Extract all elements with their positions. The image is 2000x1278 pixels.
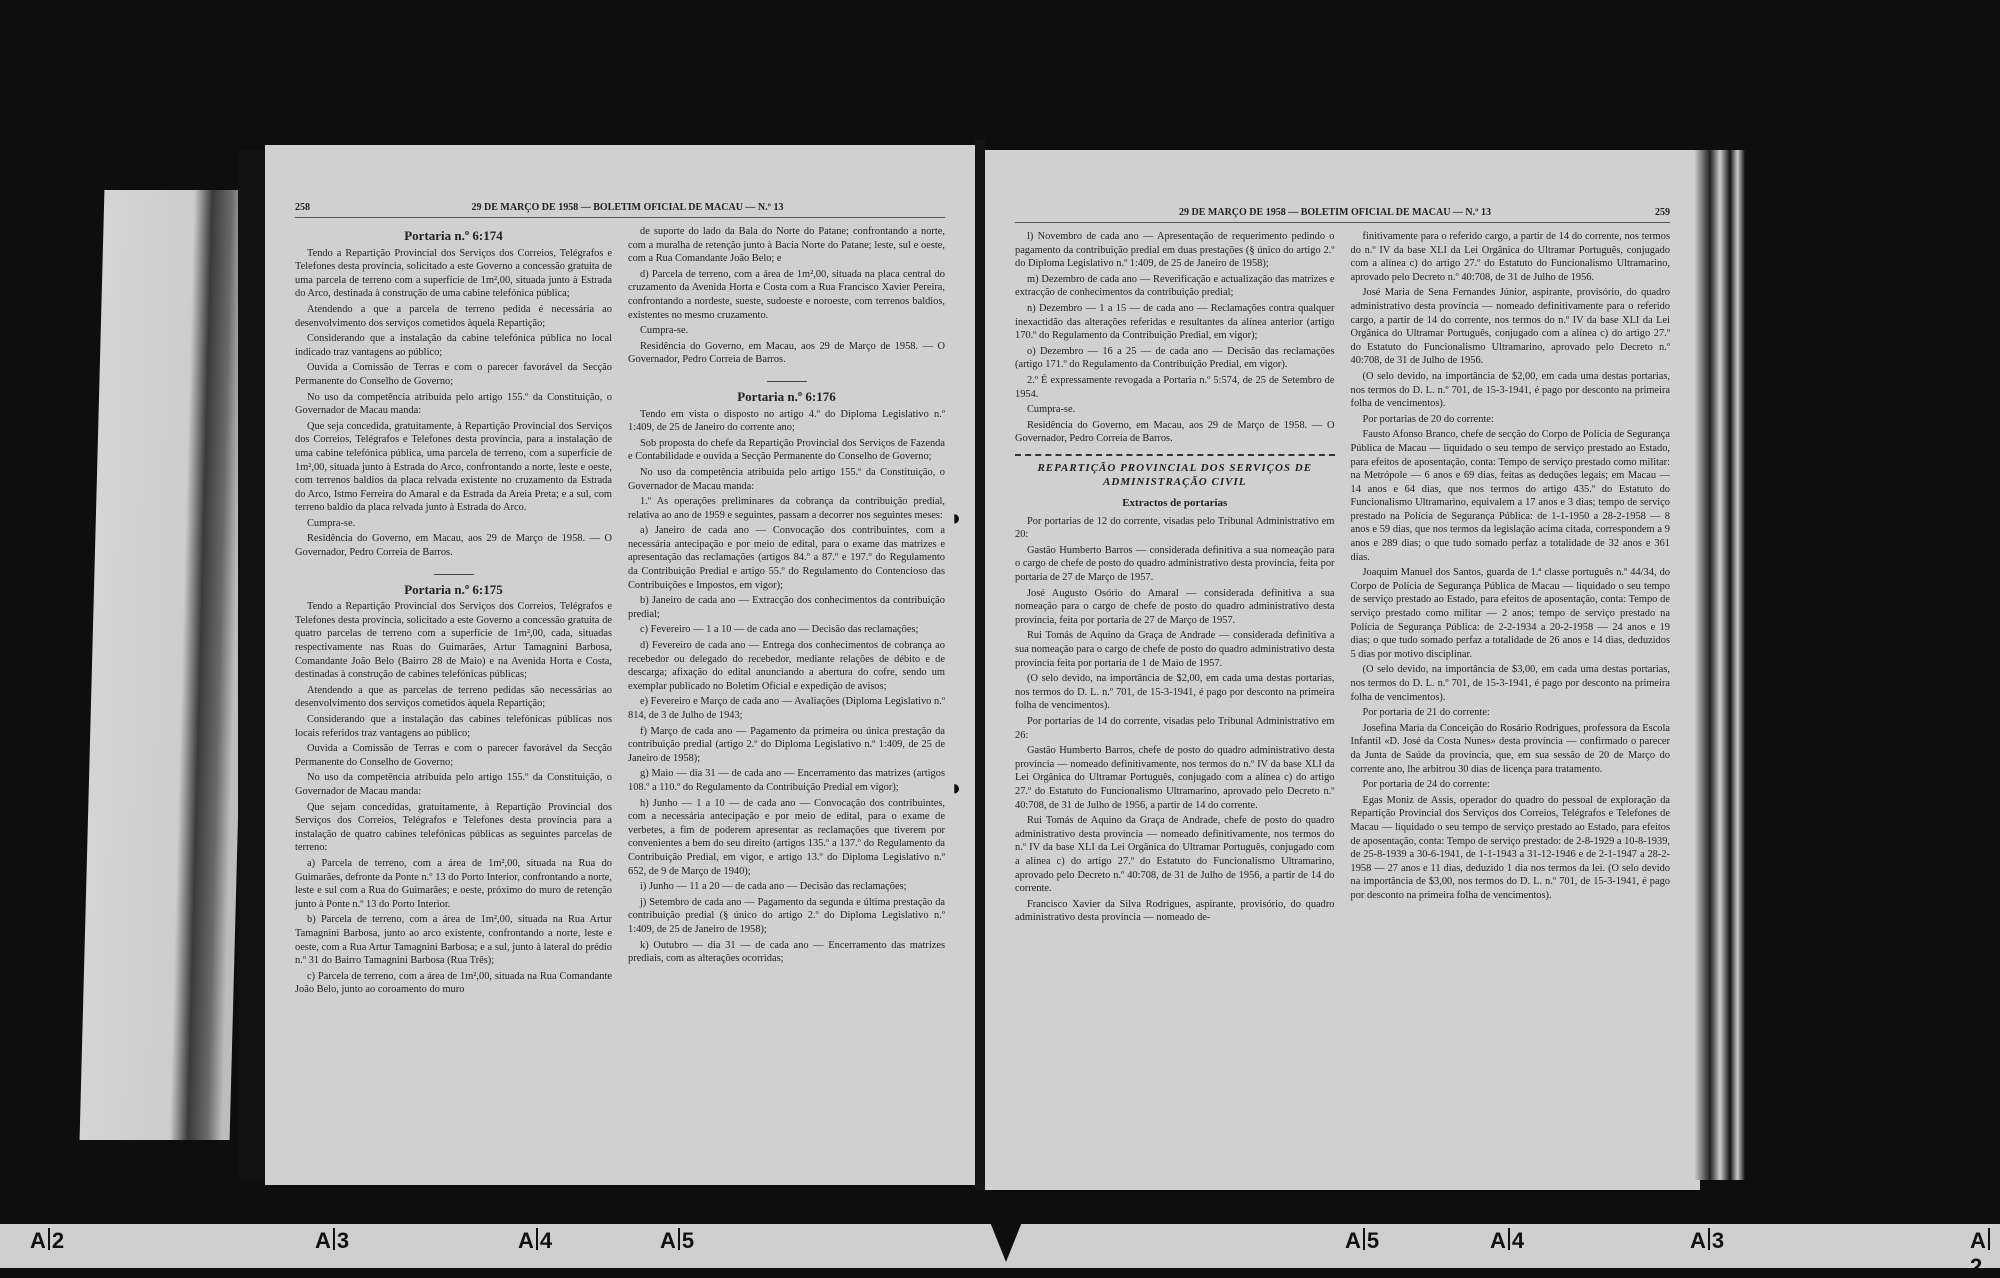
paragraph: No uso da competência atribuída pelo art… [295, 391, 612, 418]
paragraph: d) Parcela de terreno, com a área de 1m²… [628, 268, 945, 322]
paragraph: g) Maio — dia 31 — de cada ano — Encerra… [628, 767, 945, 794]
paragraph: Francisco Xavier da Silva Rodrigues, asp… [1015, 898, 1335, 925]
paragraph: c) Parcela de terreno, com a área de 1m²… [295, 970, 612, 997]
paragraph: Residência do Governo, em Macau, aos 29 … [1015, 419, 1335, 446]
paragraph: Residência do Governo, em Macau, aos 29 … [295, 532, 612, 559]
left-page-column-1: Portaria n.º 6:174Tendo a Repartição Pro… [295, 225, 612, 999]
paragraph: Gastão Humberto Barros — considerada def… [1015, 544, 1335, 585]
paragraph: k) Outubro — dia 31 — de cada ano — Ence… [628, 939, 945, 966]
paragraph: Residência do Governo, em Macau, aos 29 … [628, 340, 945, 367]
right-page-column-1: l) Novembro de cada ano — Apresentação d… [1015, 230, 1335, 927]
paragraph: Cumpra-se. [1015, 403, 1335, 417]
paragraph: b) Parcela de terreno, com a área de 1m²… [295, 913, 612, 967]
paragraph: 2.º É expressamente revogada a Portaria … [1015, 374, 1335, 401]
paragraph: Atendendo a que as parcelas de terreno p… [295, 684, 612, 711]
paragraph: Que sejam concedidas, gratuitamente, à R… [295, 801, 612, 855]
paragraph: n) Dezembro — 1 a 15 — de cada ano — Rec… [1015, 302, 1335, 343]
ruler-mark: A2 [1970, 1228, 2000, 1278]
paragraph: Joaquim Manuel dos Santos, guarda de 1.ª… [1351, 566, 1671, 661]
paragraph: de suporte do lado da Bala do Norte do P… [628, 225, 945, 266]
paragraph: Que seja concedida, gratuitamente, à Rep… [295, 420, 612, 515]
paragraph: No uso da competência atribuída pelo art… [628, 466, 945, 493]
ruler-mark: A3 [315, 1228, 349, 1254]
right-page: 29 DE MARÇO DE 1958 — BOLETIM OFICIAL DE… [985, 150, 1700, 1190]
department-heading: REPARTIÇÃO PROVINCIAL DOS SERVIÇOS DE AD… [1015, 454, 1335, 489]
left-page-stack-edge [80, 190, 255, 1140]
ruler-mark: A2 [30, 1228, 64, 1254]
section-subtitle: Extractos de portarias [1015, 497, 1335, 511]
left-page-column-2: de suporte do lado da Bala do Norte do P… [628, 225, 945, 999]
paragraph: d) Fevereiro de cada ano — Entrega dos c… [628, 639, 945, 693]
left-page-running-title: 29 DE MARÇO DE 1958 — BOLETIM OFICIAL DE… [472, 202, 784, 213]
ruler-mark: A5 [1345, 1228, 1379, 1254]
paragraph: finitivamente para o referido cargo, a p… [1351, 230, 1671, 284]
right-page-running-title: 29 DE MARÇO DE 1958 — BOLETIM OFICIAL DE… [1179, 207, 1491, 218]
paragraph: l) Novembro de cada ano — Apresentação d… [1015, 230, 1335, 271]
paragraph: e) Fevereiro e Março de cada ano — Avali… [628, 695, 945, 722]
paragraph: f) Março de cada ano — Pagamento da prim… [628, 725, 945, 766]
left-page-header: 258 29 DE MARÇO DE 1958 — BOLETIM OFICIA… [295, 202, 945, 218]
paragraph: José Maria de Sena Fernandes Júnior, asp… [1351, 286, 1671, 368]
paragraph: Egas Moniz de Assis, operador do quadro … [1351, 794, 1671, 903]
paragraph: a) Parcela de terreno, com a área de 1m²… [295, 857, 612, 911]
paragraph: Rui Tomás de Aquino da Graça de Andrade,… [1015, 814, 1335, 896]
paragraph: Por portarias de 20 do corrente: [1351, 413, 1671, 427]
paragraph: j) Setembro de cada ano — Pagamento da s… [628, 896, 945, 937]
paragraph: Cumpra-se. [628, 324, 945, 338]
right-page-stack-edge [1695, 150, 1745, 1180]
paragraph: Considerando que a instalação da cabine … [295, 332, 612, 359]
paragraph: Fausto Afonso Branco, chefe de secção do… [1351, 428, 1671, 564]
binding-clip-icon: ◗ [950, 505, 963, 531]
paragraph: Gastão Humberto Barros, chefe de posto d… [1015, 744, 1335, 812]
paragraph: Por portaria de 21 do corrente: [1351, 706, 1671, 720]
binding-shadow-left [238, 150, 266, 1180]
page-gutter [975, 140, 985, 1190]
paragraph: Tendo em vista o disposto no artigo 4.º … [628, 408, 945, 435]
paragraph: c) Fevereiro — 1 a 10 — de cada ano — De… [628, 623, 945, 637]
portaria-title: Portaria n.º 6:176 [628, 390, 945, 404]
paragraph: 1.º As operações preliminares da cobranç… [628, 495, 945, 522]
left-page: 258 29 DE MARÇO DE 1958 — BOLETIM OFICIA… [265, 145, 975, 1185]
paragraph: Tendo a Repartição Provincial dos Serviç… [295, 247, 612, 301]
section-divider [434, 574, 474, 575]
paragraph: Tendo a Repartição Provincial dos Serviç… [295, 600, 612, 682]
right-page-header: 29 DE MARÇO DE 1958 — BOLETIM OFICIAL DE… [1015, 207, 1670, 223]
portaria-title: Portaria n.º 6:174 [295, 229, 612, 243]
paragraph: No uso da competência atribuída pelo art… [295, 771, 612, 798]
left-page-number: 258 [295, 202, 310, 213]
paragraph: Por portarias de 12 do corrente, visadas… [1015, 515, 1335, 542]
ruler-mark: A3 [1690, 1228, 1724, 1254]
paragraph: h) Junho — 1 a 10 — de cada ano — Convoc… [628, 797, 945, 879]
ruler-mark: A5 [660, 1228, 694, 1254]
paragraph: b) Janeiro de cada ano — Extracção dos c… [628, 594, 945, 621]
paragraph: Atendendo a que a parcela de terreno ped… [295, 303, 612, 330]
binding-clip-icon: ◗ [950, 775, 963, 801]
paragraph: José Augusto Osório do Amaral — consider… [1015, 587, 1335, 628]
paragraph: Ouvida a Comissão de Terras e com o pare… [295, 361, 612, 388]
right-page-number: 259 [1655, 207, 1670, 218]
paragraph: Sob proposta do chefe da Repartição Prov… [628, 437, 945, 464]
ruler-mark: A4 [1490, 1228, 1524, 1254]
paragraph: (O selo devido, na importância de $2,00,… [1015, 672, 1335, 713]
section-divider [767, 381, 807, 382]
paragraph: (O selo devido, na importância de $2,00,… [1351, 370, 1671, 411]
paragraph: (O selo devido, na importância de $3,00,… [1351, 663, 1671, 704]
center-notch-marker [990, 1222, 1022, 1262]
paragraph: Por portaria de 24 do corrente: [1351, 778, 1671, 792]
portaria-title: Portaria n.º 6:175 [295, 583, 612, 597]
paragraph: m) Dezembro de cada ano — Reverificação … [1015, 273, 1335, 300]
paragraph: o) Dezembro — 16 a 25 — de cada ano — De… [1015, 345, 1335, 372]
paragraph: a) Janeiro de cada ano — Convocação dos … [628, 524, 945, 592]
paragraph: Considerando que a instalação das cabine… [295, 713, 612, 740]
paragraph: Ouvida a Comissão de Terras e com o pare… [295, 742, 612, 769]
paragraph: Josefina Maria da Conceição do Rosário R… [1351, 722, 1671, 776]
right-page-column-2: finitivamente para o referido cargo, a p… [1351, 230, 1671, 927]
ruler-mark: A4 [518, 1228, 552, 1254]
paragraph: Rui Tomás de Aquino da Graça de Andrade … [1015, 629, 1335, 670]
paragraph: Por portarias de 14 do corrente, visadas… [1015, 715, 1335, 742]
paragraph: Cumpra-se. [295, 517, 612, 531]
paragraph: i) Junho — 11 a 20 — de cada ano — Decis… [628, 880, 945, 894]
